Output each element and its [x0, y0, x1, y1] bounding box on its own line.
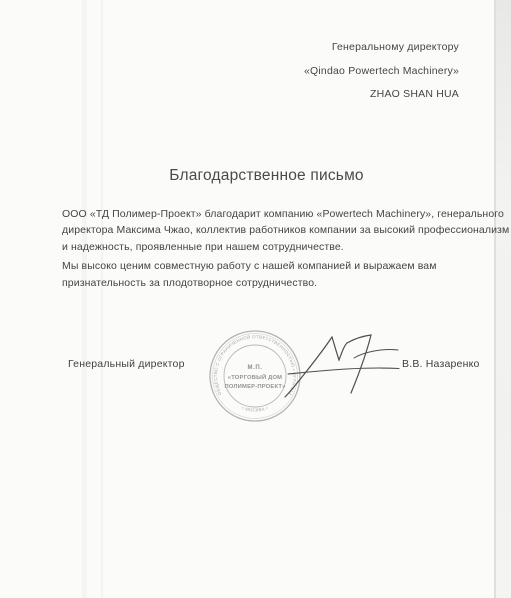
signer-name: В.В. Назаренко [402, 358, 480, 370]
letter-body: ООО «ТД Полимер-Проект» благодарит компа… [62, 206, 509, 291]
addressee-company: «Qindao Powertech Machinery» [304, 60, 459, 84]
stamp-mp-label: М.П. [247, 365, 262, 371]
scan-streak [82, 0, 87, 598]
letter-page: Генеральному директору «Qindao Powertech… [0, 0, 511, 598]
signature-flourish [354, 349, 398, 358]
svg-text:• МОСКВА •: • МОСКВА • [241, 405, 268, 412]
addressee-block: Генеральному директору «Qindao Powertech… [304, 36, 459, 107]
paragraph-1: ООО «ТД Полимер-Проект» благодарит компа… [62, 206, 509, 255]
scan-streak [101, 0, 103, 598]
paragraph-line: и надежность, проявленные при нашем сотр… [62, 239, 509, 255]
page-edge-shade [496, 0, 511, 598]
paragraph-line: Мы высоко ценим совместную работу с наше… [62, 258, 509, 274]
addressee-recipient-title: Генеральному директору [304, 36, 459, 60]
paragraph-line: ООО «ТД Полимер-Проект» благодарит компа… [62, 206, 509, 222]
page-edge-line [494, 0, 496, 598]
handwritten-signature [285, 335, 399, 397]
stamp-center-line2: ПОЛИМЕР-ПРОЕКТ» [224, 384, 285, 390]
stamp-center-line1: «ТОРГОВЫЙ ДОМ [228, 373, 282, 381]
director-title: Генеральный директор [68, 358, 185, 370]
letter-title: Благодарственное письмо [11, 167, 511, 185]
company-stamp: ОБЩЕСТВО С ОГРАНИЧЕННОЙ ОТВЕТСТВЕННОСТЬЮ… [210, 331, 300, 421]
stamp-and-signature-area: ОБЩЕСТВО С ОГРАНИЧЕННОЙ ОТВЕТСТВЕННОСТЬЮ… [180, 300, 480, 455]
paragraph-line: признательность за плодотворное сотрудни… [62, 275, 509, 291]
stamp-ring-text-bottom: • МОСКВА • [241, 405, 268, 412]
paragraph-line: директора Максима Чжао, коллектив работн… [62, 222, 509, 238]
paragraph-2: Мы высоко ценим совместную работу с наше… [62, 258, 509, 291]
addressee-person: ZHAO SHAN HUA [304, 83, 459, 107]
